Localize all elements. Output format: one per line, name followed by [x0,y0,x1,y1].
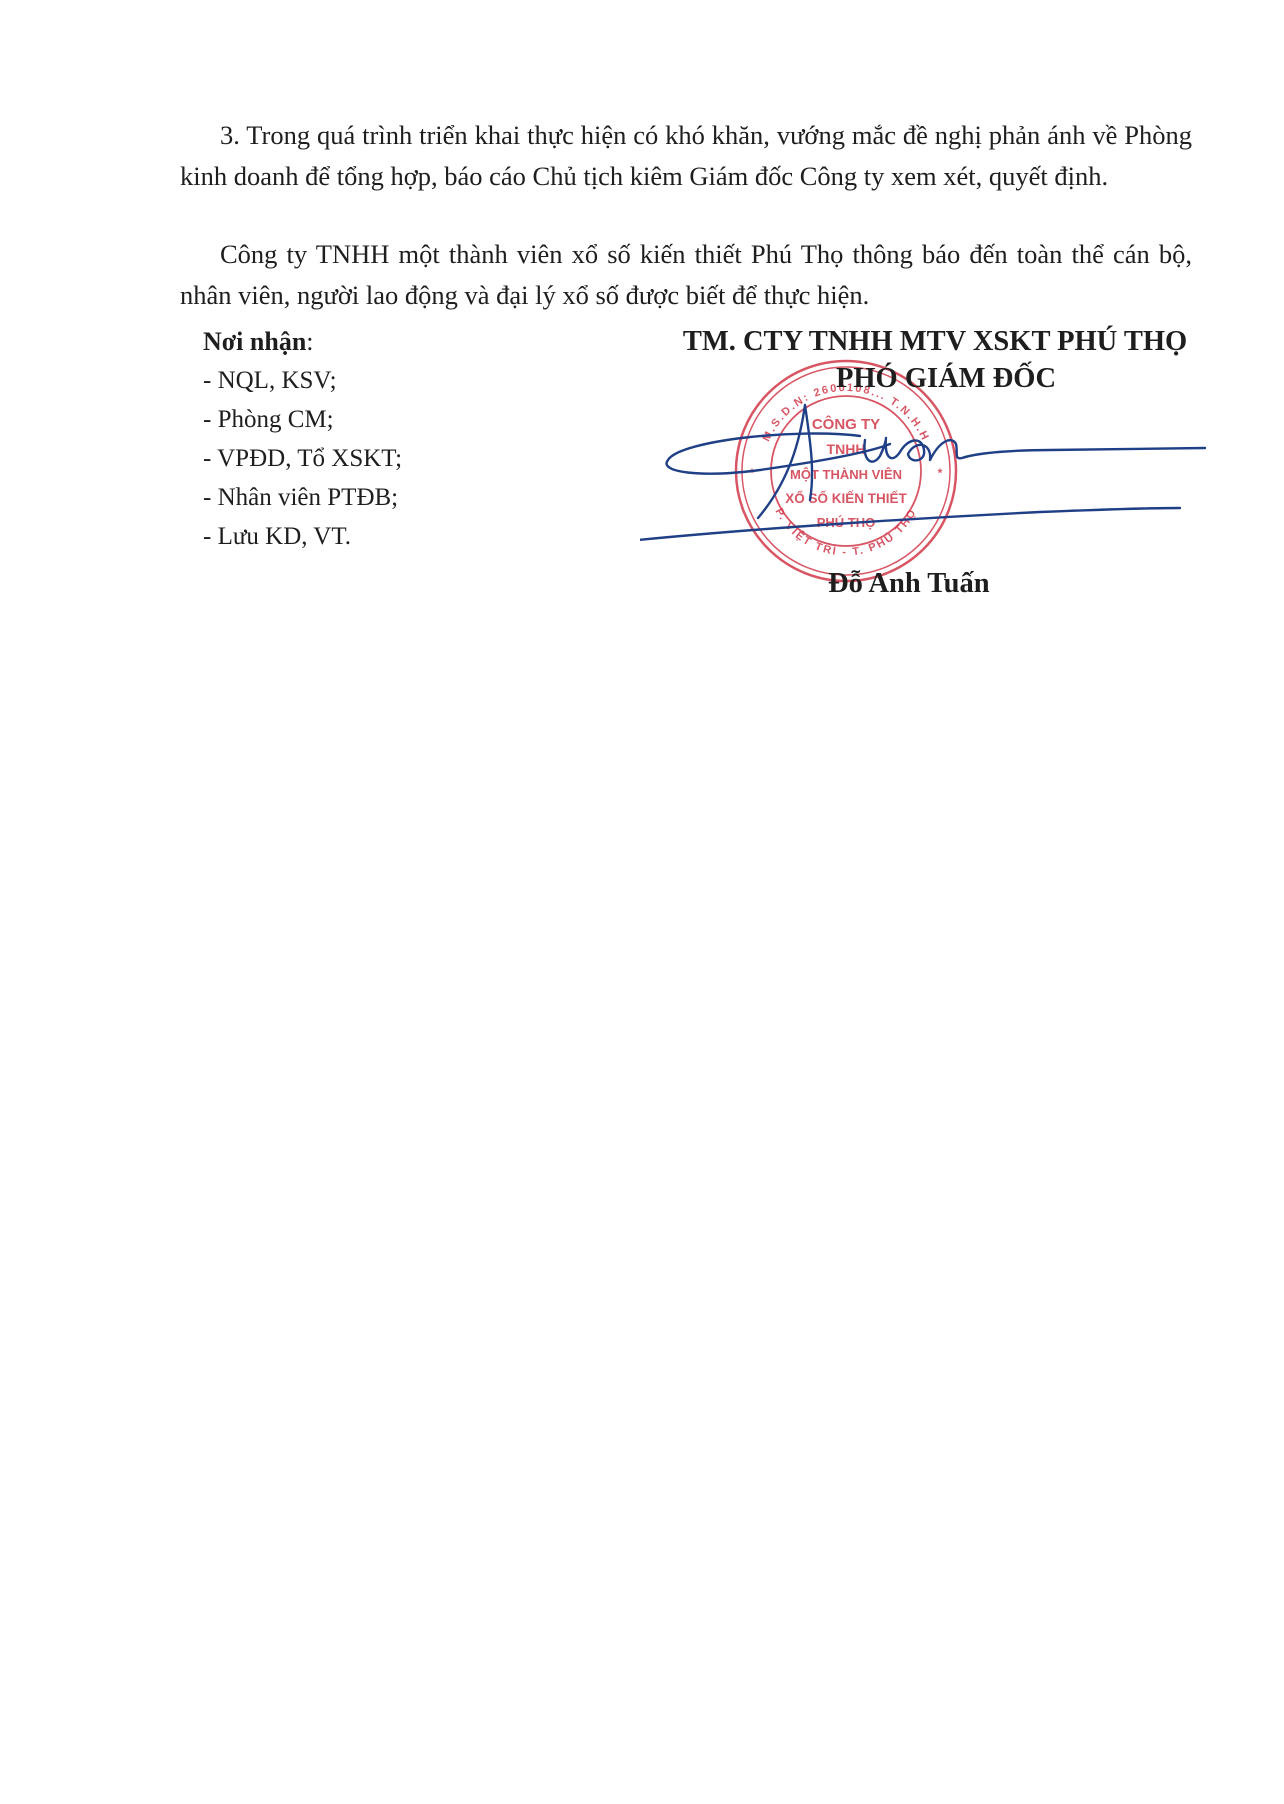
signature-role: PHÓ GIÁM ĐỐC [652,362,1240,396]
recipients-list: - NQL, KSV; - Phòng CM; - VPĐD, Tổ XSKT;… [203,361,402,556]
recipient-item: - VPĐD, Tổ XSKT; [203,439,402,478]
recipient-item: - Lưu KD, VT. [203,517,402,556]
paragraph-item-3: 3. Trong quá trình triển khai thực hiện … [180,115,1192,197]
recipients-block: Nơi nhận: - NQL, KSV; - Phòng CM; - VPĐD… [203,322,402,556]
signature-org: TM. CTY TNHH MTV XSKT PHÚ THỌ [630,322,1240,362]
handwritten-signature-icon [640,400,1220,550]
recipient-item: - Phòng CM; [203,400,402,439]
closing-paragraph: Công ty TNHH một thành viên xổ số kiến t… [180,234,1192,316]
recipient-item: - Nhân viên PTĐB; [203,478,402,517]
signature-block: TM. CTY TNHH MTV XSKT PHÚ THỌ PHÓ GIÁM Đ… [630,322,1240,396]
recipient-item: - NQL, KSV; [203,361,402,400]
recipients-title: Nơi nhận: [203,322,402,361]
signer-name: Đỗ Anh Tuấn [828,568,990,600]
